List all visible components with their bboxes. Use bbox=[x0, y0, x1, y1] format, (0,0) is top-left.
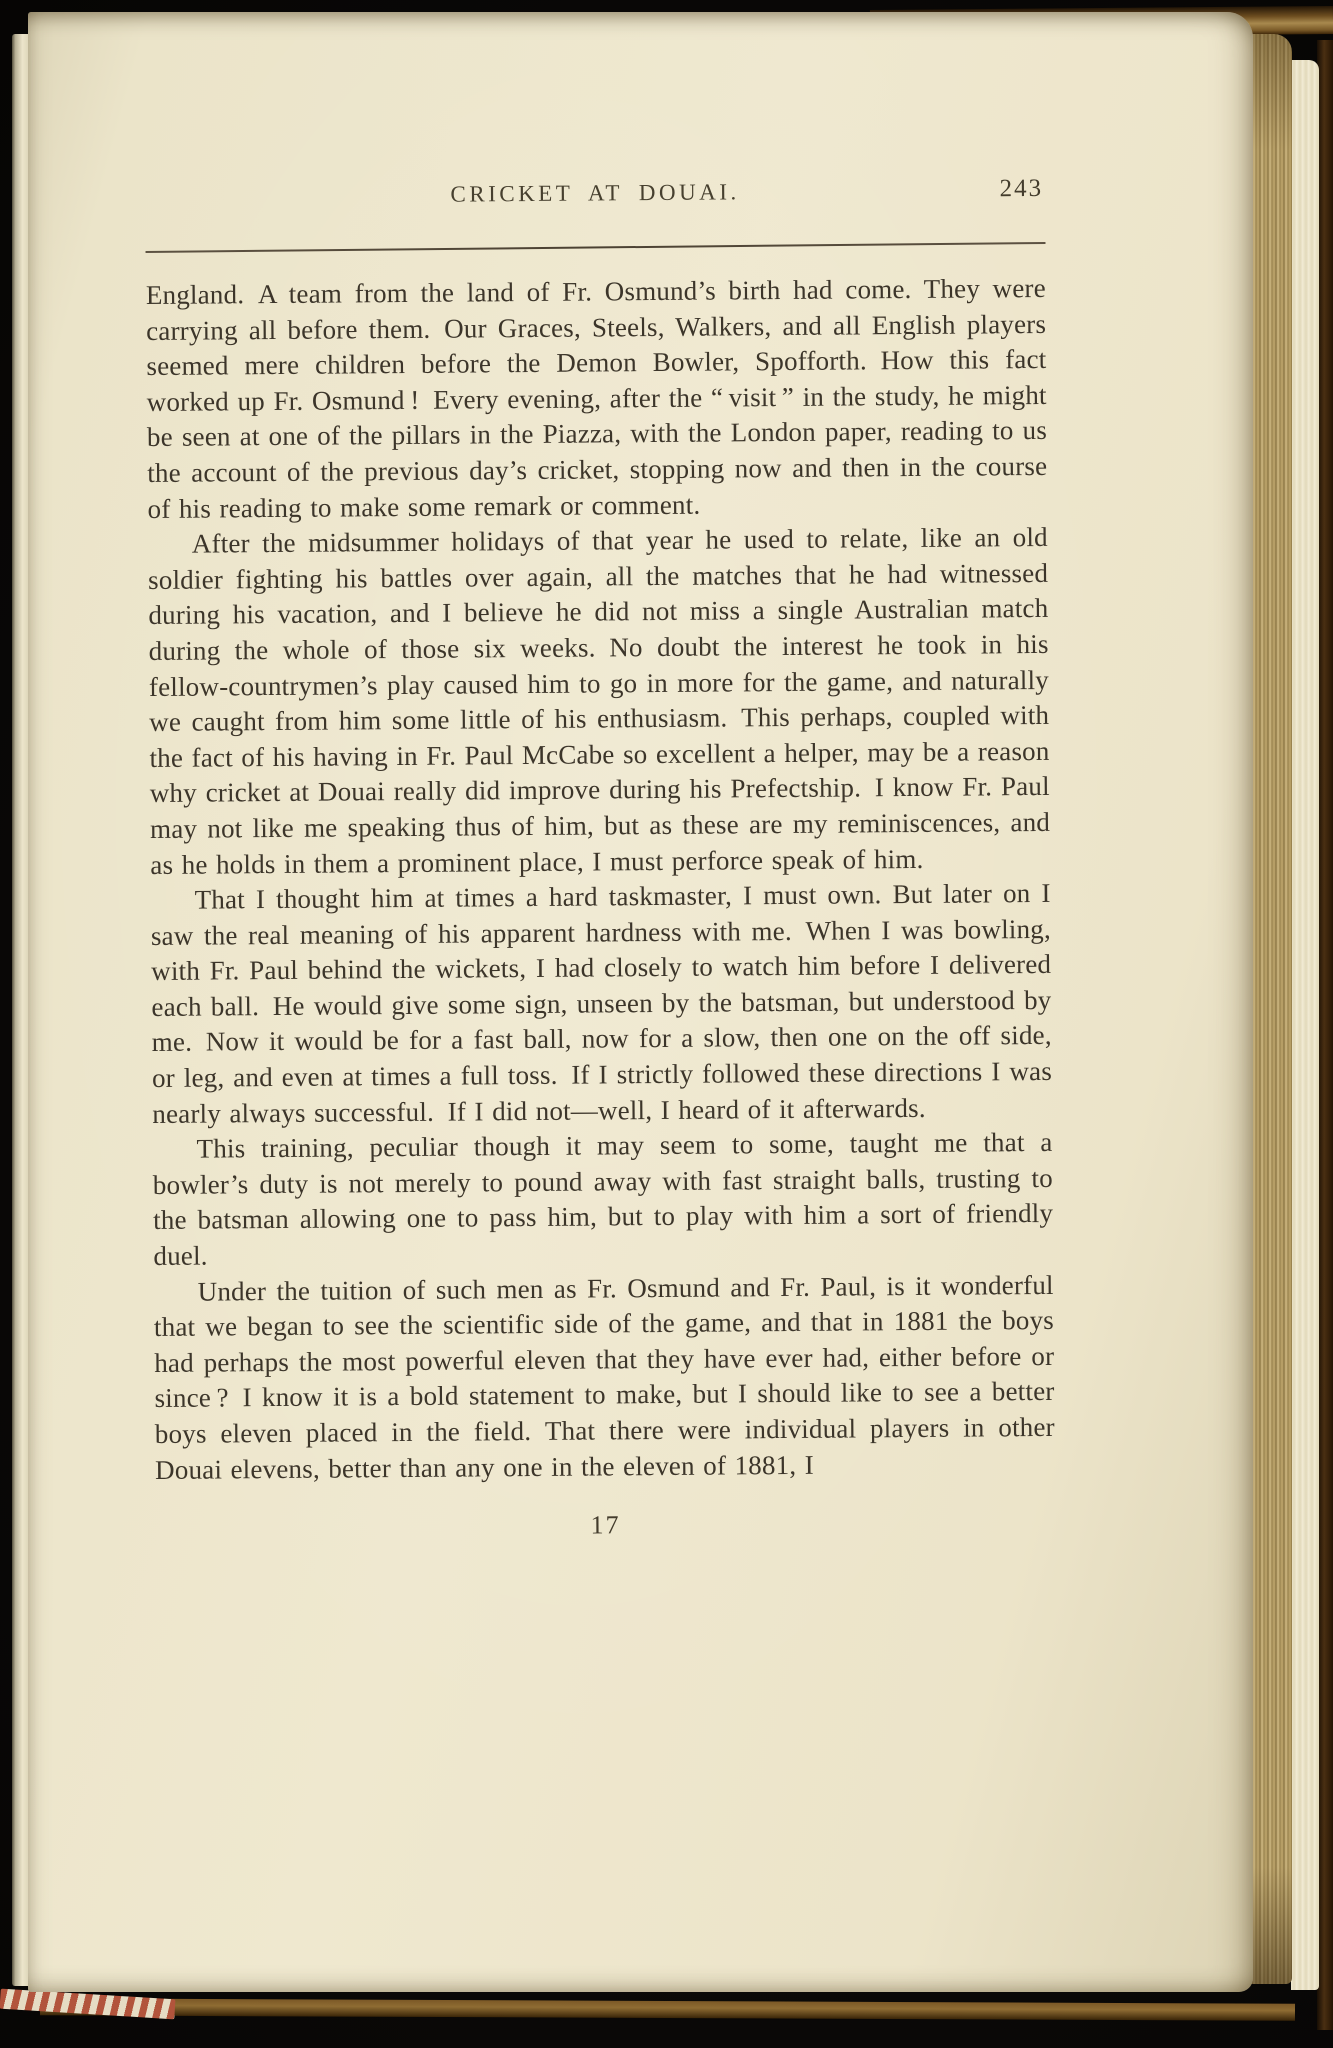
next-page-edge-band bbox=[1291, 60, 1319, 1990]
body-paragraph-3: That I thought him at times a hard taskm… bbox=[150, 876, 1052, 1132]
book-page: CRICKET AT DOUAI. 243 England. A team fr… bbox=[28, 12, 1253, 1992]
book-cover-edge-bottom bbox=[40, 1998, 1295, 2020]
page-number: 243 bbox=[999, 175, 1043, 203]
running-head: CRICKET AT DOUAI. 243 bbox=[145, 177, 1045, 218]
page-header-title: CRICKET AT DOUAI. bbox=[145, 177, 1045, 210]
scan-background: CRICKET AT DOUAI. 243 England. A team fr… bbox=[0, 0, 1333, 2048]
body-paragraph-5: Under the tuition of such men as Fr. Osm… bbox=[154, 1268, 1056, 1489]
body-paragraph-1: England. A team from the land of Fr. Osm… bbox=[146, 271, 1048, 527]
header-rule bbox=[146, 242, 1046, 253]
page-content: CRICKET AT DOUAI. 243 England. A team fr… bbox=[145, 177, 1056, 1544]
body-paragraph-4: This training, peculiar though it may se… bbox=[152, 1125, 1053, 1274]
book-cover-edge-right bbox=[1317, 40, 1333, 2030]
body-text: England. A team from the land of Fr. Osm… bbox=[146, 271, 1055, 1488]
fore-edge-pages bbox=[1250, 34, 1292, 1984]
body-paragraph-2: After the midsummer holidays of that yea… bbox=[148, 520, 1051, 883]
signature-mark: 17 bbox=[155, 1507, 1055, 1544]
